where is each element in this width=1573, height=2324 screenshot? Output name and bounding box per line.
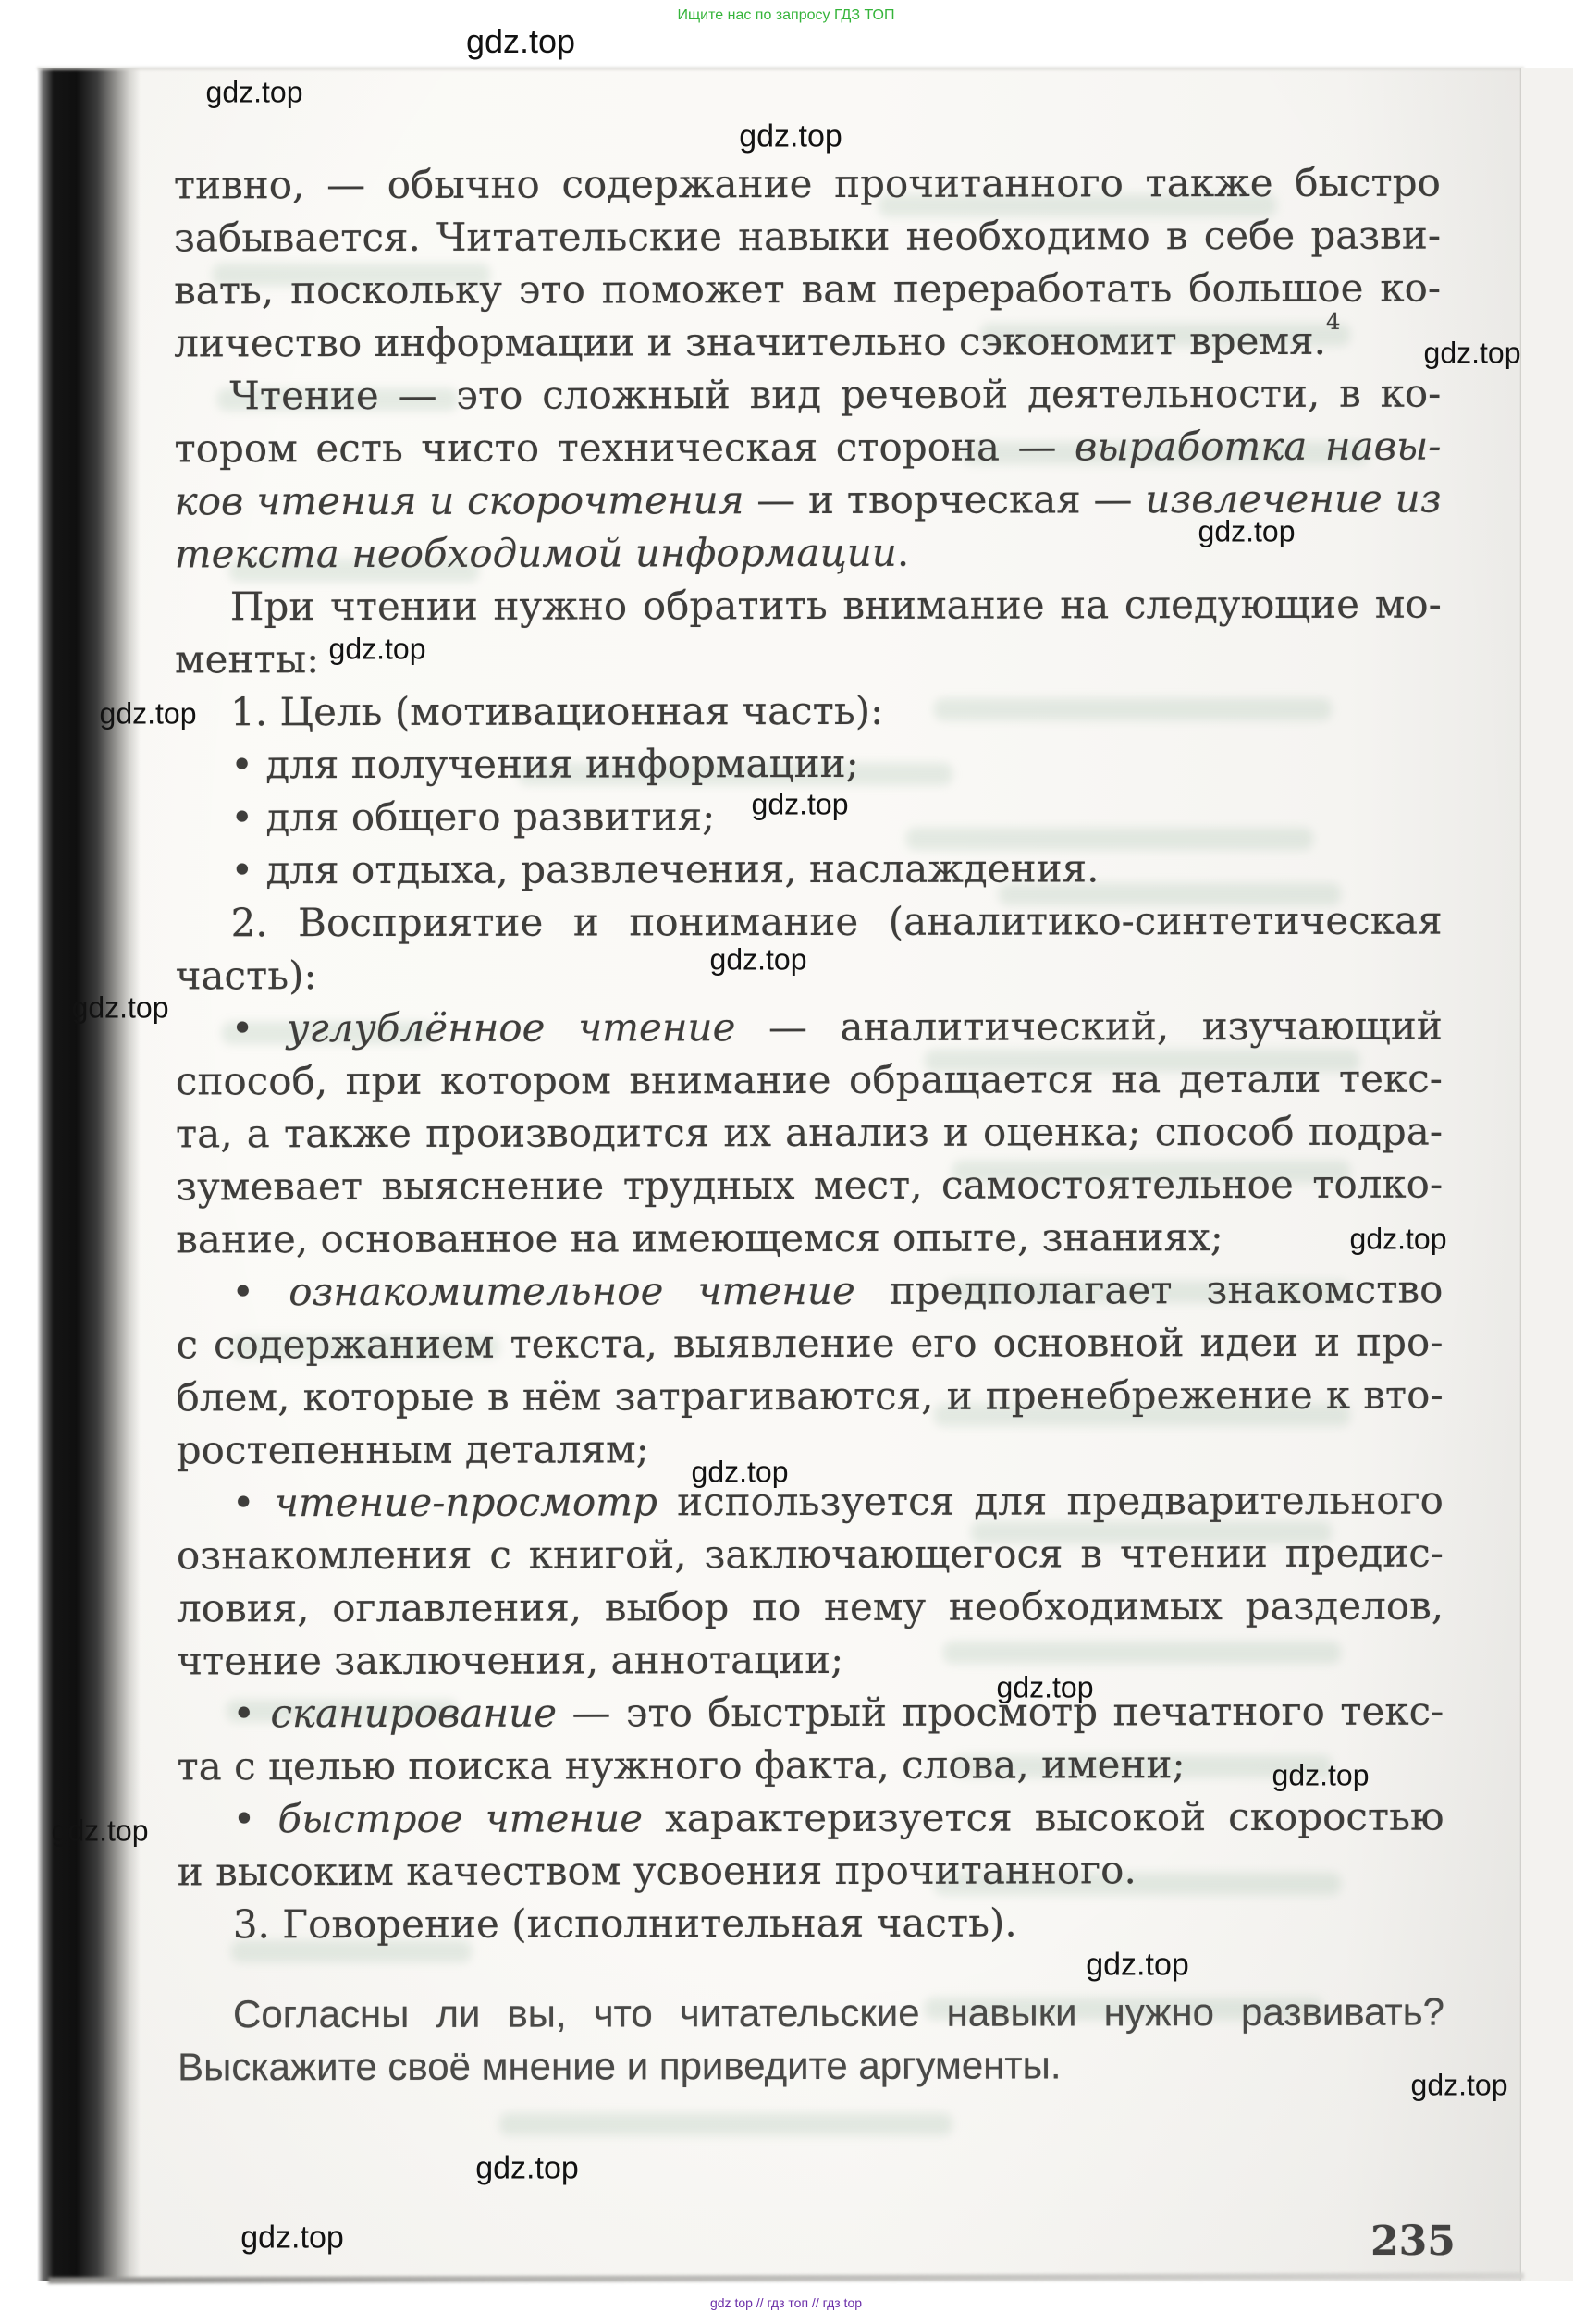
text-line: та, а также производится их анализ и оце… — [176, 1105, 1443, 1161]
text-line: ознакомления с книгой, заключающегося в … — [177, 1527, 1444, 1582]
gdz-watermark: gdz.top — [1272, 1759, 1370, 1793]
text-line: блем, которые в нём затрагиваются, и пре… — [177, 1369, 1444, 1424]
scan-right-margin — [1521, 68, 1573, 2281]
text-line: вать, поскольку это поможет вам перерабо… — [174, 262, 1441, 317]
text-line: • ознакомительное чтение предполагает зн… — [176, 1263, 1443, 1319]
text-block: тивно, — обычно содержание прочитанного … — [174, 156, 1444, 2094]
text-line: 1. Цель (мотивационная часть): — [175, 683, 1442, 739]
text-line: 3. Говорение (исполнительная часть). — [178, 1896, 1444, 1951]
gdz-watermark: gdz.top — [1411, 2069, 1508, 2103]
text-line: • чтение-просмотр используется для предв… — [177, 1474, 1444, 1530]
gdz-watermark: gdz.top — [1198, 515, 1296, 549]
text-line: тивно, — обычно содержание прочитанного … — [174, 156, 1441, 212]
gdz-watermark: gdz.top — [475, 2151, 579, 2187]
text-line: ловия, оглавления, выбор по нему необход… — [177, 1580, 1444, 1635]
text-line: • для получения информации; — [175, 736, 1442, 792]
text-line: вание, основанное на имеющемся опыте, зн… — [176, 1211, 1443, 1266]
gdz-watermark: gdz.top — [100, 697, 197, 732]
text-line: с содержанием текста, выявление его осно… — [176, 1316, 1443, 1371]
text-line: личество информации и значительно сэконо… — [174, 314, 1441, 370]
text-line: • углублённое чтение — аналитический, из… — [176, 1000, 1443, 1055]
text-line: Чтение — это сложный вид речевой деятель… — [174, 367, 1441, 423]
text-line: 2. Восприятие и понимание (аналитико-син… — [175, 894, 1442, 950]
text-line: При чтении нужно обратить внимание на сл… — [175, 578, 1442, 633]
text-line: и высоким качеством усвоения прочитанног… — [178, 1843, 1444, 1899]
text-line: • сканирование — это быстрый просмотр пе… — [177, 1685, 1444, 1740]
gdz-watermark: gdz.top — [1350, 1223, 1447, 1257]
text-line: • для отдыха, развлечения, наслаждения. — [175, 842, 1442, 897]
gdz-watermark: gdz.top — [72, 991, 169, 1026]
gdz-watermark: gdz.top — [206, 76, 303, 110]
text-line: та с целью поиска нужного факта, слова, … — [177, 1738, 1444, 1793]
text-line: чтение заключения, аннотации; — [177, 1632, 1444, 1688]
gdz-watermark: gdz.top — [710, 943, 807, 978]
site-notice-text: Ищите нас по запросу ГДЗ ТОП — [678, 7, 895, 24]
text-line: забывается. Читательские навыки необходи… — [174, 209, 1441, 264]
scanned-book-page: Ищите нас по запросу ГДЗ ТОП тивно, — об… — [0, 0, 1573, 2324]
gdz-watermark: gdz.top — [997, 1671, 1094, 1705]
gdz-watermark: gdz.top — [240, 2220, 344, 2256]
book-gutter-shadow — [37, 68, 141, 2281]
text-line: Согласны ли вы, что читательские навыки … — [178, 1986, 1444, 2041]
gdz-watermark: gdz.top — [466, 22, 575, 61]
text-line: Выскажите своё мнение и приведите аргуме… — [178, 2038, 1444, 2094]
gdz-watermark: gdz.top — [1086, 1948, 1189, 1984]
text-line: способ, при котором внимание обращается … — [176, 1052, 1443, 1108]
gdz-watermark: gdz.top — [692, 1456, 789, 1490]
text-line: зумевает выяснение трудных мест, самосто… — [176, 1158, 1443, 1213]
page-top-edge — [37, 67, 1524, 70]
text-line: часть): — [176, 947, 1443, 1002]
gdz-watermark: gdz.top — [52, 1814, 149, 1849]
text-line: тором есть чисто техническая сторона — в… — [174, 420, 1441, 475]
text-line: ростепенным деталям; — [177, 1421, 1444, 1477]
gdz-watermark: gdz.top — [329, 633, 426, 667]
text-line: • быстрое чтение характеризуется высокой… — [178, 1790, 1444, 1846]
gdz-watermark: gdz.top — [752, 788, 849, 822]
gdz-watermark: gdz.top — [739, 119, 842, 155]
bleed-through-stripe — [499, 2113, 952, 2135]
page-number: 235 — [1370, 2218, 1448, 2265]
gdz-watermark: gdz.top — [1424, 337, 1521, 371]
footer-watermark-text: gdz top // гдз топ // гдз top — [710, 2295, 862, 2310]
